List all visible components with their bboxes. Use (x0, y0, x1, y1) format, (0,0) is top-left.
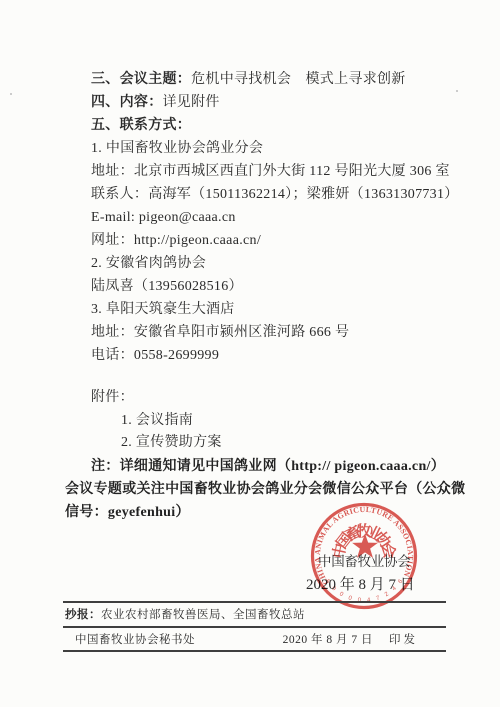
contact-line: 地址：安徽省阜阳市颍州区淮河路 666 号 (91, 321, 459, 344)
svg-text:0: 0 (330, 586, 337, 593)
svg-text:会: 会 (378, 542, 399, 560)
contact-line: 联系人：高海军（15011362214）；梁雅妍（13631307731） (91, 183, 459, 206)
agenda-heading: 三、会议主题： (91, 72, 191, 87)
divider-line (63, 601, 446, 603)
contact-line: 网址：http://pigeon.caaa.cn/ (91, 229, 459, 252)
cc-list: 农业农村部畜牧兽医局、全国畜牧总站 (101, 609, 305, 621)
contact-line: 3. 阜阳天筑豪生大酒店 (91, 298, 459, 321)
svg-text:6: 6 (397, 578, 404, 585)
scan-speck (10, 93, 12, 95)
attachment-item: 2. 宣传赞助方案 (121, 432, 222, 455)
attachments-section: 附件： 1. 会议指南 2. 宣传赞助方案 (91, 387, 222, 455)
agenda-heading: 四、内容： (91, 95, 163, 110)
attachments-label: 附件： (91, 387, 222, 410)
attachment-item: 1. 会议指南 (121, 410, 222, 433)
agenda-heading: 五、联系方式： (91, 118, 191, 133)
issuer-row: 中国畜牧业协会秘书处 2020 年 8 月 7 日 印发 (65, 631, 446, 647)
agenda-line-content: 四、内容：详见附件 (91, 91, 459, 114)
cc-label: 抄报： (65, 609, 101, 621)
divider-line (63, 626, 446, 628)
divider-line (63, 650, 446, 652)
contact-line: 2. 安徽省肉鸽协会 (91, 252, 459, 275)
contact-line: E-mail: pigeon@caaa.cn (91, 206, 459, 229)
contact-line: 1. 中国畜牧业协会鸽业分会 (91, 137, 459, 160)
svg-text:2: 2 (384, 591, 390, 598)
svg-text:0: 0 (338, 591, 344, 598)
agenda-line-theme: 三、会议主题：危机中寻找机会 模式上寻求创新 (91, 68, 459, 91)
cc-row: 抄报：农业农村部畜牧兽医局、全国畜牧总站 (65, 606, 305, 622)
contact-line: 陆凤喜（13956028516） (91, 275, 459, 298)
issue-date: 2020 年 8 月 7 日 (283, 631, 373, 647)
agenda-text: 危机中寻找机会 模式上寻求创新 (191, 72, 406, 87)
agenda-text: 详见附件 (163, 95, 220, 110)
issuer-name: 中国畜牧业协会秘书处 (75, 631, 195, 647)
contact-line: 地址：北京市西城区西直门外大街 112 号阳光大厦 306 室 (91, 160, 459, 183)
note-line: 注：详细通知请见中国鸽业网（http:// pigeon.caaa.cn/） (65, 455, 455, 478)
svg-text:4: 4 (391, 585, 398, 592)
scan-speck (456, 90, 458, 92)
agenda-line-contact: 五、联系方式： (91, 114, 459, 137)
contact-line: 电话：0558-2699999 (91, 344, 459, 367)
official-seal: CHINA ANIMAL AGRICULTURE ASSOCIATION 中国畜… (304, 496, 424, 616)
body-text: 三、会议主题：危机中寻找机会 模式上寻求创新 四、内容：详见附件 五、联系方式：… (91, 68, 459, 367)
issue-action: 印发 (389, 631, 418, 647)
document-page: 三、会议主题：危机中寻找机会 模式上寻求创新 四、内容：详见附件 五、联系方式：… (0, 0, 500, 707)
